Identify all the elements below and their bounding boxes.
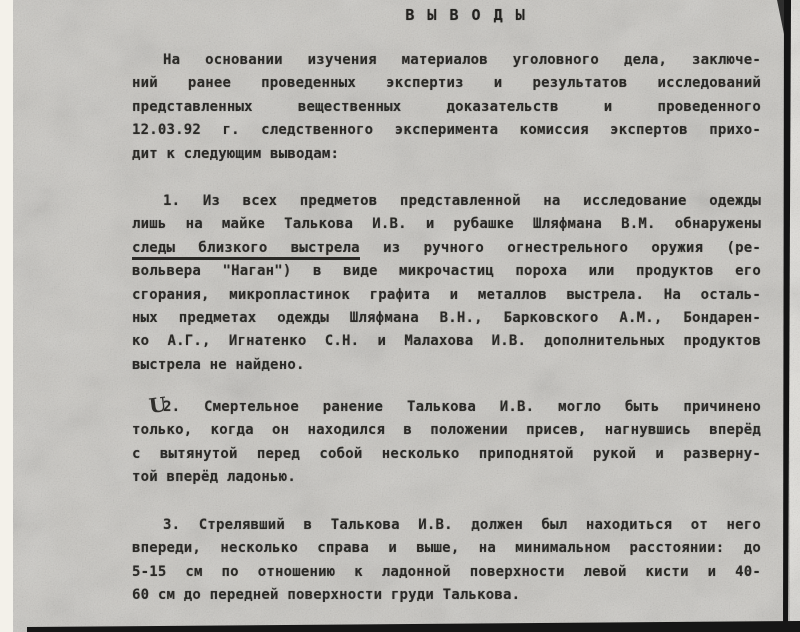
item3-line: впереди, несколько справа и выше, на мин… — [132, 537, 761, 560]
item3-line: 5-15 см по отношению к ладонной поверхно… — [132, 561, 761, 584]
item1-line: выстрела не найдено. — [132, 354, 761, 377]
item3-line: 3. Стрелявший в Талькова И.В. должен был… — [132, 514, 761, 537]
conclusion-item-3: 3. Стрелявший в Талькова И.В. должен был… — [132, 514, 761, 608]
item2-line: той вперёд ладонью. — [132, 466, 761, 489]
intro-paragraph: На основании изучения материалов уголовн… — [132, 49, 761, 166]
document-title: В Ы В О Д Ы — [152, 6, 780, 24]
item1-line: вольвера "Наган") в виде микрочастиц пор… — [132, 260, 761, 283]
item1-line: 1. Из всех предметов представленной на и… — [132, 190, 761, 213]
item1-line-rest: из ручного огнестрельного оружия (ре- — [383, 240, 761, 256]
item2-line: с вытянутой перед собой несколько припод… — [132, 443, 761, 466]
item2-line: только, когда он находился в положении п… — [132, 419, 761, 442]
intro-line: дит к следующим выводам: — [132, 143, 761, 166]
item3-line: 60 см до передней поверхности груди Таль… — [132, 584, 761, 607]
conclusion-item-2: 2. Смертельное ранение Талькова И.В. мог… — [132, 396, 761, 490]
intro-line: На основании изучения материалов уголовн… — [132, 49, 761, 72]
item1-line-underlined: следы близкого выстрела из ручного огнес… — [132, 237, 761, 260]
underlined-phrase: следы близкого выстрела — [132, 240, 360, 260]
intro-line: представленных вещественных доказательст… — [132, 96, 761, 119]
item2-line: 2. Смертельное ранение Талькова И.В. мог… — [132, 396, 761, 419]
item1-line: ко А.Г., Игнатенко С.Н. и Малахова И.В. … — [132, 330, 761, 353]
intro-line: 12.03.92 г. следственного эксперимента к… — [132, 119, 761, 142]
conclusion-item-1: 1. Из всех предметов представленной на и… — [132, 190, 761, 377]
intro-line: ний ранее проведенных экспертиз и резуль… — [132, 72, 761, 95]
item1-line: сгорания, микропластинок графита и метал… — [132, 284, 761, 307]
item1-line: ных предметах одежды Шляфмана В.Н., Барк… — [132, 307, 761, 330]
item1-line: лишь на майке Талькова И.В. и рубашке Шл… — [132, 213, 761, 236]
scanned-document-page: В Ы В О Д Ы На основании изучения матери… — [0, 0, 800, 632]
